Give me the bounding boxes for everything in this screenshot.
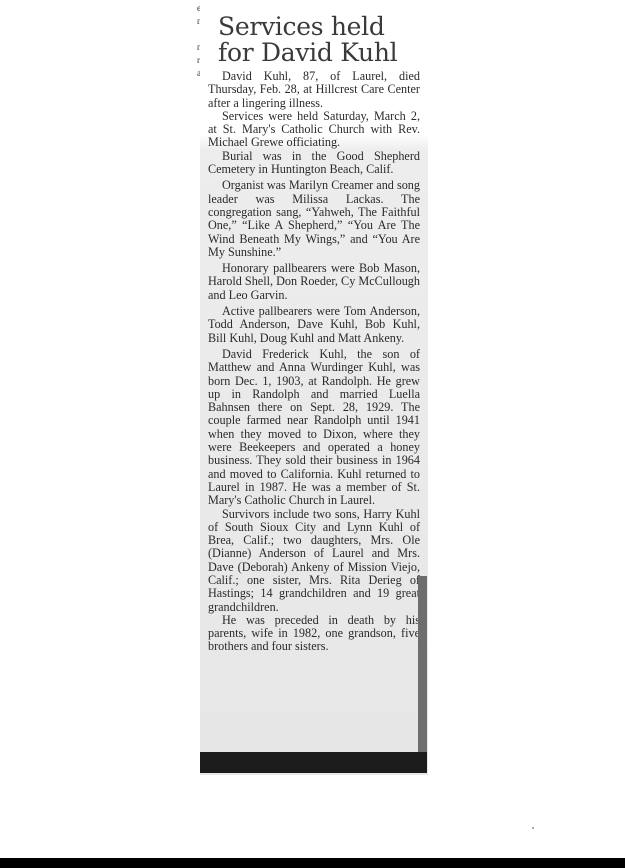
obituary-headline: Services held for David Kuhl <box>218 14 428 66</box>
paragraph-death-notice: David Kuhl, 87, of Laurel, died Thursday… <box>208 70 420 110</box>
headline-line-2: for David Kuhl <box>218 38 397 67</box>
paragraph-honorary-pallbearers: Honorary pallbearers were Bob Mason, Har… <box>208 262 420 302</box>
scan-bottom-edge <box>0 858 625 868</box>
clipping-bottom-border <box>200 752 427 773</box>
paragraph-active-pallbearers: Active pallbearers were Tom Anderson, To… <box>208 305 420 345</box>
paragraph-burial: Burial was in the Good Shepherd Cemetery… <box>208 150 420 177</box>
paragraph-survivors: Survivors include two sons, Harry Kuhl o… <box>208 508 420 614</box>
paragraph-services: Services were held Saturday, March 2, at… <box>208 110 420 150</box>
obituary-body: David Kuhl, 87, of Laurel, died Thursday… <box>208 70 420 654</box>
scan-shadow-edge <box>418 576 427 772</box>
scan-speck <box>532 827 534 829</box>
paragraph-biography: David Frederick Kuhl, the son of Matthew… <box>208 348 420 508</box>
headline-line-1: Services held <box>218 12 385 41</box>
paragraph-preceded: He was preceded in death by his parents,… <box>208 614 420 654</box>
paragraph-music: Organist was Marilyn Creamer and song le… <box>208 179 420 259</box>
